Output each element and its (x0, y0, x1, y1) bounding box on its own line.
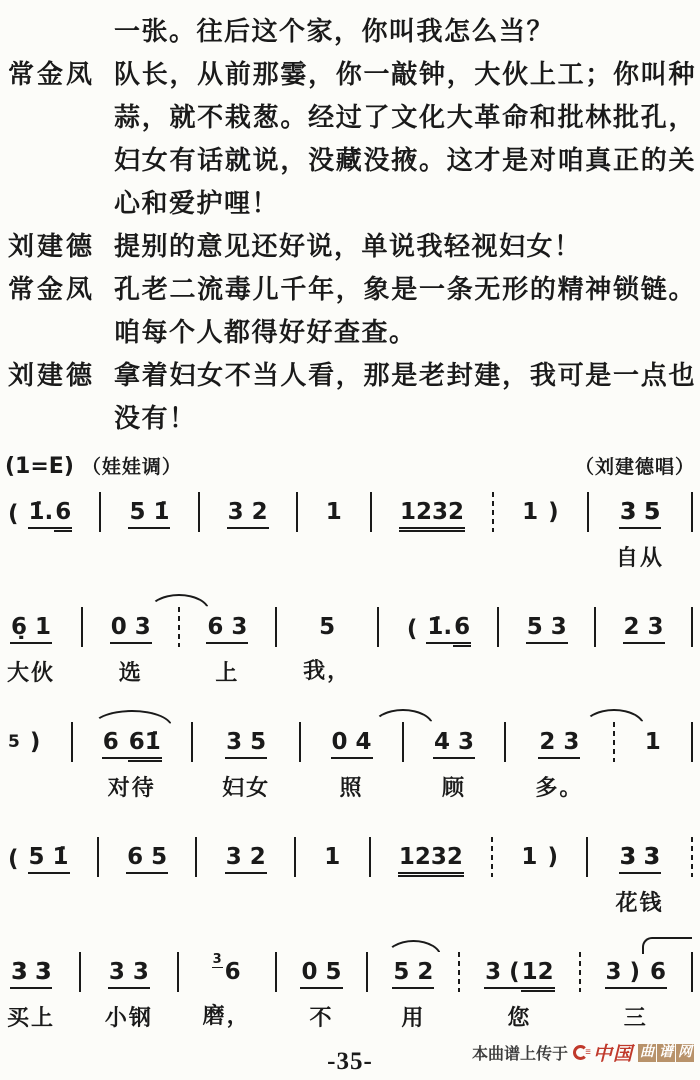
score-measure: 3 2 (227, 497, 269, 529)
dialogue-speech: 常金凤队长，从前那霎，你一敲钟，大伙上工；你叫种蒜，就不栽葱。经过了文化大革命和… (8, 53, 698, 225)
key-signature: (1=E) (5, 454, 74, 479)
score-measure: ( 5 1̇ (7, 842, 70, 874)
score-measure: 2 3 (623, 612, 665, 644)
note-group: ( 1̇.6 (7, 497, 72, 529)
note-group: ( 5 1̇ (7, 842, 70, 874)
dashed-barline (691, 837, 693, 877)
note-group: 3 (12 (484, 957, 555, 989)
lyric-text: 照 (340, 771, 364, 802)
note-group: 5 2 (392, 957, 434, 989)
dashed-barline (492, 492, 494, 532)
barline (71, 722, 73, 762)
barline (691, 952, 693, 992)
barline (296, 492, 298, 532)
score-measure: 1 (325, 497, 343, 527)
score-measure: 6 61̇对待 (102, 727, 162, 802)
speech-text: 一张。往后这个家，你叫我怎么当？ (114, 10, 698, 53)
note-group: 3 2 (225, 842, 267, 874)
barline (691, 722, 693, 762)
note-group: 5 (318, 612, 336, 642)
site-name-block: 曲 (638, 1044, 656, 1062)
barline (504, 722, 506, 762)
note-group: 5 ) (7, 727, 41, 757)
barline (81, 607, 83, 647)
score-measure: 1 (323, 842, 341, 872)
barline (370, 492, 372, 532)
score-line: 5 )6 61̇对待3 5妇女0 4照4 3顾2 3多。1 (7, 727, 693, 802)
lyric-text: 多。 (535, 771, 583, 802)
note-token: 3 2 (227, 497, 269, 529)
note-group: 3 3 (619, 842, 661, 874)
note-token: 2 3 (538, 727, 580, 759)
note-token: 1 (521, 497, 539, 527)
note-group: 1 (323, 842, 341, 872)
barline (497, 607, 499, 647)
score-measure: ( 1̇.6 (406, 612, 471, 644)
score-measure: 3 3小钢 (105, 957, 153, 1032)
lyric-text: 我， (303, 654, 351, 685)
note-token: 1̇. (28, 497, 55, 529)
note-group: 5 3 (526, 612, 568, 644)
note-group: 2 3 (623, 612, 665, 644)
barline (177, 952, 179, 992)
note-token: ) (21, 727, 42, 757)
score-measure: 5 3 (526, 612, 568, 644)
score-line: ( 5 1̇6 53 2112321 )3 3花钱 (7, 842, 693, 917)
note-token: 3 3 (108, 957, 150, 989)
note-group: ( 1̇.6 (406, 612, 471, 644)
site-logo-icon: ≡ (573, 1045, 588, 1060)
lyric-text: 不 (309, 1001, 333, 1032)
note-token: ) (539, 497, 560, 527)
score-line: ( 1̇.65 1̇3 2112321 )3 5自从 (7, 497, 693, 572)
note-group: 1232 (399, 497, 465, 529)
note-token: ( (406, 614, 427, 644)
lyric-text: 磨， (203, 999, 251, 1030)
barline (79, 952, 81, 992)
note-group: 4 3 (433, 727, 475, 759)
lyric-text: 大伙 (7, 656, 55, 687)
note-token: ) (538, 842, 559, 872)
score-measure: 3 ) 6三 (605, 957, 668, 1032)
score-header-left: (1=E) （娃娃调） (5, 452, 182, 479)
note-group: 1 (325, 497, 343, 527)
lyric-text: 用 (401, 1001, 425, 1032)
note-token: 3 5 (225, 727, 267, 759)
note-token: 3 5 (619, 497, 661, 529)
site-name-cn: 中国 (593, 1039, 633, 1066)
note-group: 3 2 (227, 497, 269, 529)
note-group: 1 ) (520, 842, 559, 872)
note-group: 2 3 (538, 727, 580, 759)
score-line: 3 3买上3 3小钢36磨，0 5不5 2用3 (12您3 ) 6三 (7, 957, 693, 1032)
note-token: 61̇ (128, 727, 162, 759)
speech-text: 孔老二流毒儿千年，象是一条无形的精神锁链。咱每个人都得好好查查。 (114, 268, 698, 354)
score-page: 一张。往后这个家，你叫我怎么当？常金凤队长，从前那霎，你一敲钟，大伙上工；你叫种… (0, 0, 700, 1080)
lyric-text: 您 (507, 1001, 531, 1032)
note-token: 3 (212, 953, 223, 968)
note-token: 5 1̇ (28, 842, 70, 874)
barline (691, 607, 693, 647)
lyric-text: 上 (215, 656, 239, 687)
dialogue-speech: 一张。往后这个家，你叫我怎么当？ (8, 10, 698, 53)
note-token: 12 (521, 957, 555, 989)
barline (191, 722, 193, 762)
barline (402, 722, 404, 762)
score-measure: 3 3买上 (7, 957, 55, 1032)
note-token: 6 (54, 497, 72, 529)
lyric-text: 三 (624, 1001, 648, 1032)
site-name-blocks: 曲谱网 (638, 1044, 694, 1062)
barline (366, 952, 368, 992)
note-group: 6 3 (206, 612, 248, 644)
barline (587, 492, 589, 532)
score-measure: 5 1̇ (128, 497, 170, 529)
score-measure: 0 4照 (331, 727, 373, 802)
note-token: 1 (520, 842, 538, 872)
note-group: 3 3 (108, 957, 150, 989)
lyric-text: 买上 (7, 1001, 55, 1032)
dashed-barline (579, 952, 581, 992)
speaker-name: 常金凤 (8, 268, 114, 354)
dashed-barline (491, 837, 493, 877)
barline (195, 837, 197, 877)
note-token: 1232 (399, 497, 465, 529)
score-measure: 36磨， (203, 957, 251, 1030)
note-token: 5 3 (526, 612, 568, 644)
note-token: 5 1̇ (128, 497, 170, 529)
dashed-barline (613, 722, 615, 762)
score-lines: ( 1̇.65 1̇3 2112321 )3 5自从6̣ 1大伙0 3选6 3上… (5, 497, 695, 1032)
barline (586, 837, 588, 877)
speaker-name: 常金凤 (8, 53, 114, 225)
note-group: 5 1̇ (128, 497, 170, 529)
speaker-name (8, 10, 114, 53)
note-token: 0 4 (331, 727, 373, 759)
note-token: 5 (7, 727, 21, 757)
lyric-text: 自从 (616, 541, 664, 572)
barline (97, 837, 99, 877)
site-name-block: 谱 (657, 1044, 675, 1062)
note-group: 6̣ 1 (10, 612, 52, 644)
score-measure: 1 ) (521, 497, 560, 527)
lyric-text: 花钱 (616, 886, 664, 917)
note-token: 1 (323, 842, 341, 872)
lyric-text: 小钢 (105, 1001, 153, 1032)
lyric-text: 妇女 (222, 771, 270, 802)
note-token: 3 3 (10, 957, 52, 989)
note-token: 6 (224, 957, 242, 987)
note-token: ( (7, 844, 28, 874)
score-measure: 6 3上 (206, 612, 248, 687)
note-token: 3 ) (605, 957, 650, 989)
note-token: 6 (102, 727, 128, 759)
score-measure: 3 5妇女 (222, 727, 270, 802)
barline (198, 492, 200, 532)
score-measure: 2 3多。 (535, 727, 583, 802)
note-token: 1 (325, 497, 343, 527)
singer-tag: （刘建德唱） (575, 452, 695, 479)
speech-text: 队长，从前那霎，你一敲钟，大伙上工；你叫种蒜，就不栽葱。经过了文化大革命和批林批… (114, 53, 698, 225)
note-token: 3 3 (619, 842, 661, 874)
score-measure: 0 5不 (300, 957, 342, 1032)
note-group: 1232 (398, 842, 464, 874)
barline (369, 837, 371, 877)
note-group: 3 3 (10, 957, 52, 989)
note-token: 1 (644, 727, 662, 757)
score-measure: 3 (12您 (484, 957, 555, 1032)
note-group: 1 (644, 727, 662, 757)
note-group: 3 ) 6 (605, 957, 668, 989)
note-group: 36 (212, 957, 242, 987)
note-group: 3 5 (619, 497, 661, 529)
score-measure: 3 2 (225, 842, 267, 874)
watermark: 本曲谱上传于 ≡ 中国 曲谱网 (472, 1039, 694, 1066)
dialogue-speech: 刘建德拿着妇女不当人看，那是老封建，我可是一点也没有！ (8, 354, 698, 440)
dialogue-speech: 刘建德提别的意见还好说，单说我轻视妇女！ (8, 225, 698, 268)
lyric-text: 顾 (442, 771, 466, 802)
note-group: 0 4 (331, 727, 373, 759)
speech-text: 拿着妇女不当人看，那是老封建，我可是一点也没有！ (114, 354, 698, 440)
barline (99, 492, 101, 532)
score-measure: 3 3花钱 (616, 842, 664, 917)
barline (275, 607, 277, 647)
note-token: 1232 (398, 842, 464, 874)
speaker-name: 刘建德 (8, 354, 114, 440)
score-measure: 5我， (303, 612, 351, 685)
score-measure: 3 5自从 (616, 497, 664, 572)
barline (299, 722, 301, 762)
note-group: 6 5 (126, 842, 168, 874)
barline (594, 607, 596, 647)
barline (377, 607, 379, 647)
barline (275, 952, 277, 992)
note-token: 6 (453, 612, 471, 644)
note-group: 0 3 (110, 612, 152, 644)
note-group: 6 61̇ (102, 727, 162, 759)
score-measure: 4 3顾 (433, 727, 475, 802)
score-measure: 1232 (398, 842, 464, 874)
score-line: 6̣ 1大伙0 3选6 3上5我，( 1̇.65 32 3 (7, 612, 693, 687)
speaker-name: 刘建德 (8, 225, 114, 268)
dashed-barline (178, 607, 180, 647)
note-token: ( (7, 499, 28, 529)
dialogue-speech: 常金凤孔老二流毒儿千年，象是一条无形的精神锁链。咱每个人都得好好查查。 (8, 268, 698, 354)
note-token: 6̣ 1 (10, 612, 52, 644)
score-measure: 0 3选 (110, 612, 152, 687)
score-section: (1=E) （娃娃调） （刘建德唱） ( 1̇.65 1̇3 2112321 )… (0, 452, 700, 1032)
note-token: 5 (318, 612, 336, 642)
note-token: 4 3 (433, 727, 475, 759)
site-name-block: 网 (676, 1044, 694, 1062)
note-token: 0 5 (300, 957, 342, 989)
note-token: 6 (649, 957, 667, 989)
score-header: (1=E) （娃娃调） （刘建德唱） (5, 452, 695, 479)
watermark-text: 本曲谱上传于 (472, 1041, 568, 1064)
note-group: 3 5 (225, 727, 267, 759)
score-measure: 5 2用 (392, 957, 434, 1032)
score-measure: 1 ) (520, 842, 559, 872)
tune-name: （娃娃调） (82, 452, 182, 479)
note-token: 6 3 (206, 612, 248, 644)
note-token: 0 3 (110, 612, 152, 644)
note-token: 3 ( (484, 957, 521, 989)
score-measure: 6 5 (126, 842, 168, 874)
score-measure: 1232 (399, 497, 465, 529)
lyric-text: 选 (119, 656, 143, 687)
note-token: 1̇. (426, 612, 453, 644)
score-measure: ( 1̇.6 (7, 497, 72, 529)
note-group: 1 ) (521, 497, 560, 527)
dashed-barline (458, 952, 460, 992)
score-measure: 1 (644, 727, 662, 757)
score-measure: 6̣ 1大伙 (7, 612, 55, 687)
barline (691, 492, 693, 532)
note-token: 2 3 (623, 612, 665, 644)
score-measure: 5 ) (7, 727, 41, 757)
speech-text: 提别的意见还好说，单说我轻视妇女！ (114, 225, 698, 268)
note-token: 5 2 (392, 957, 434, 989)
barline (294, 837, 296, 877)
dialogue: 一张。往后这个家，你叫我怎么当？常金凤队长，从前那霎，你一敲钟，大伙上工；你叫种… (0, 0, 700, 440)
note-token: 3 2 (225, 842, 267, 874)
lyric-text: 对待 (108, 771, 156, 802)
note-token: 6 5 (126, 842, 168, 874)
note-group: 0 5 (300, 957, 342, 989)
